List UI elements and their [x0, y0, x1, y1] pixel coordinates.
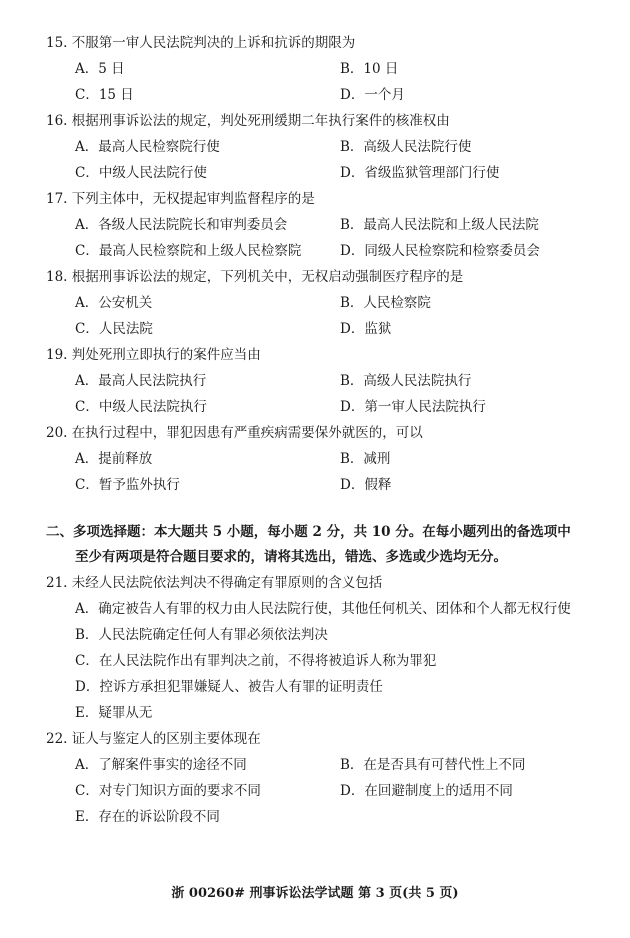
question-16: 16. 根据刑事诉讼法的规定，判处死刑缓期二年执行案件的核准权由 — [46, 111, 450, 131]
question-21: 21. 未经人民法院依法判决不得确定有罪原则的含义包括 — [46, 573, 382, 593]
question-18: 18. 根据刑事诉讼法的规定，下列机关中，无权启动强制医疗程序的是 — [46, 267, 463, 287]
q15-option-a: A．5 日 — [75, 59, 125, 79]
q19-option-b: B．高级人民法院执行 — [340, 371, 471, 391]
q18-option-c: C．人民法院 — [75, 319, 153, 339]
section-2-instructions: 至少有两项是符合题目要求的，请将其选出，错选、多选或少选均无分。 — [75, 547, 507, 567]
q18-option-d: D．监狱 — [340, 319, 391, 339]
question-19: 19. 判处死刑立即执行的案件应当由 — [46, 345, 261, 365]
q15-option-d: D．一个月 — [340, 85, 405, 105]
question-17: 17. 下列主体中，无权提起审判监督程序的是 — [46, 189, 315, 209]
q16-option-d: D．省级监狱管理部门行使 — [340, 163, 499, 183]
page-footer: 浙 00260# 刑事诉讼法学试题 第 3 页(共 5 页) — [0, 882, 630, 901]
q19-option-c: C．中级人民法院执行 — [75, 397, 207, 417]
q21-option-d: D．控诉方承担犯罪嫌疑人、被告人有罪的证明责任 — [75, 677, 383, 697]
q22-option-e: E．存在的诉讼阶段不同 — [75, 807, 220, 827]
q18-option-a: A．公安机关 — [75, 293, 152, 313]
q20-option-a: A．提前释放 — [75, 449, 152, 469]
q21-option-a: A．确定被告人有罪的权力由人民法院行使，其他任何机关、团体和个人都无权行使 — [75, 599, 571, 619]
question-22: 22. 证人与鉴定人的区别主要体现在 — [46, 729, 261, 749]
q22-option-b: B．在是否具有可替代性上不同 — [340, 755, 525, 775]
q21-option-e: E．疑罪从无 — [75, 703, 152, 723]
q17-option-c: C．最高人民检察院和上级人民检察院 — [75, 241, 301, 261]
q17-option-a: A．各级人民法院院长和审判委员会 — [75, 215, 287, 235]
q16-option-b: B．高级人民法院行使 — [340, 137, 471, 157]
q15-option-c: C．15 日 — [75, 85, 134, 105]
q15-option-b: B．10 日 — [340, 59, 398, 79]
q19-option-d: D．第一审人民法院执行 — [340, 397, 486, 417]
question-15: 15. 不服第一审人民法院判决的上诉和抗诉的期限为 — [46, 33, 355, 53]
q19-option-a: A．最高人民法院执行 — [75, 371, 206, 391]
q21-option-c: C．在人民法院作出有罪判决之前，不得将被追诉人称为罪犯 — [75, 651, 436, 671]
q22-option-c: C．对专门知识方面的要求不同 — [75, 781, 261, 801]
q22-option-d: D．在回避制度上的适用不同 — [340, 781, 513, 801]
section-2-heading: 二、多项选择题：本大题共 5 小题，每小题 2 分，共 10 分。在每小题列出的… — [46, 522, 571, 542]
q20-option-d: D．假释 — [340, 475, 391, 495]
q17-option-b: B．最高人民法院和上级人民法院 — [340, 215, 539, 235]
q22-option-a: A．了解案件事实的途径不同 — [75, 755, 247, 775]
q18-option-b: B．人民检察院 — [340, 293, 431, 313]
q17-option-d: D．同级人民检察院和检察委员会 — [340, 241, 540, 261]
q20-option-b: B．减刑 — [340, 449, 390, 469]
q16-option-a: A．最高人民检察院行使 — [75, 137, 220, 157]
q21-option-b: B．人民法院确定任何人有罪必须依法判决 — [75, 625, 328, 645]
q20-option-c: C．暂予监外执行 — [75, 475, 180, 495]
q16-option-c: C．中级人民法院行使 — [75, 163, 207, 183]
question-20: 20. 在执行过程中，罪犯因患有严重疾病需要保外就医的，可以 — [46, 423, 423, 443]
